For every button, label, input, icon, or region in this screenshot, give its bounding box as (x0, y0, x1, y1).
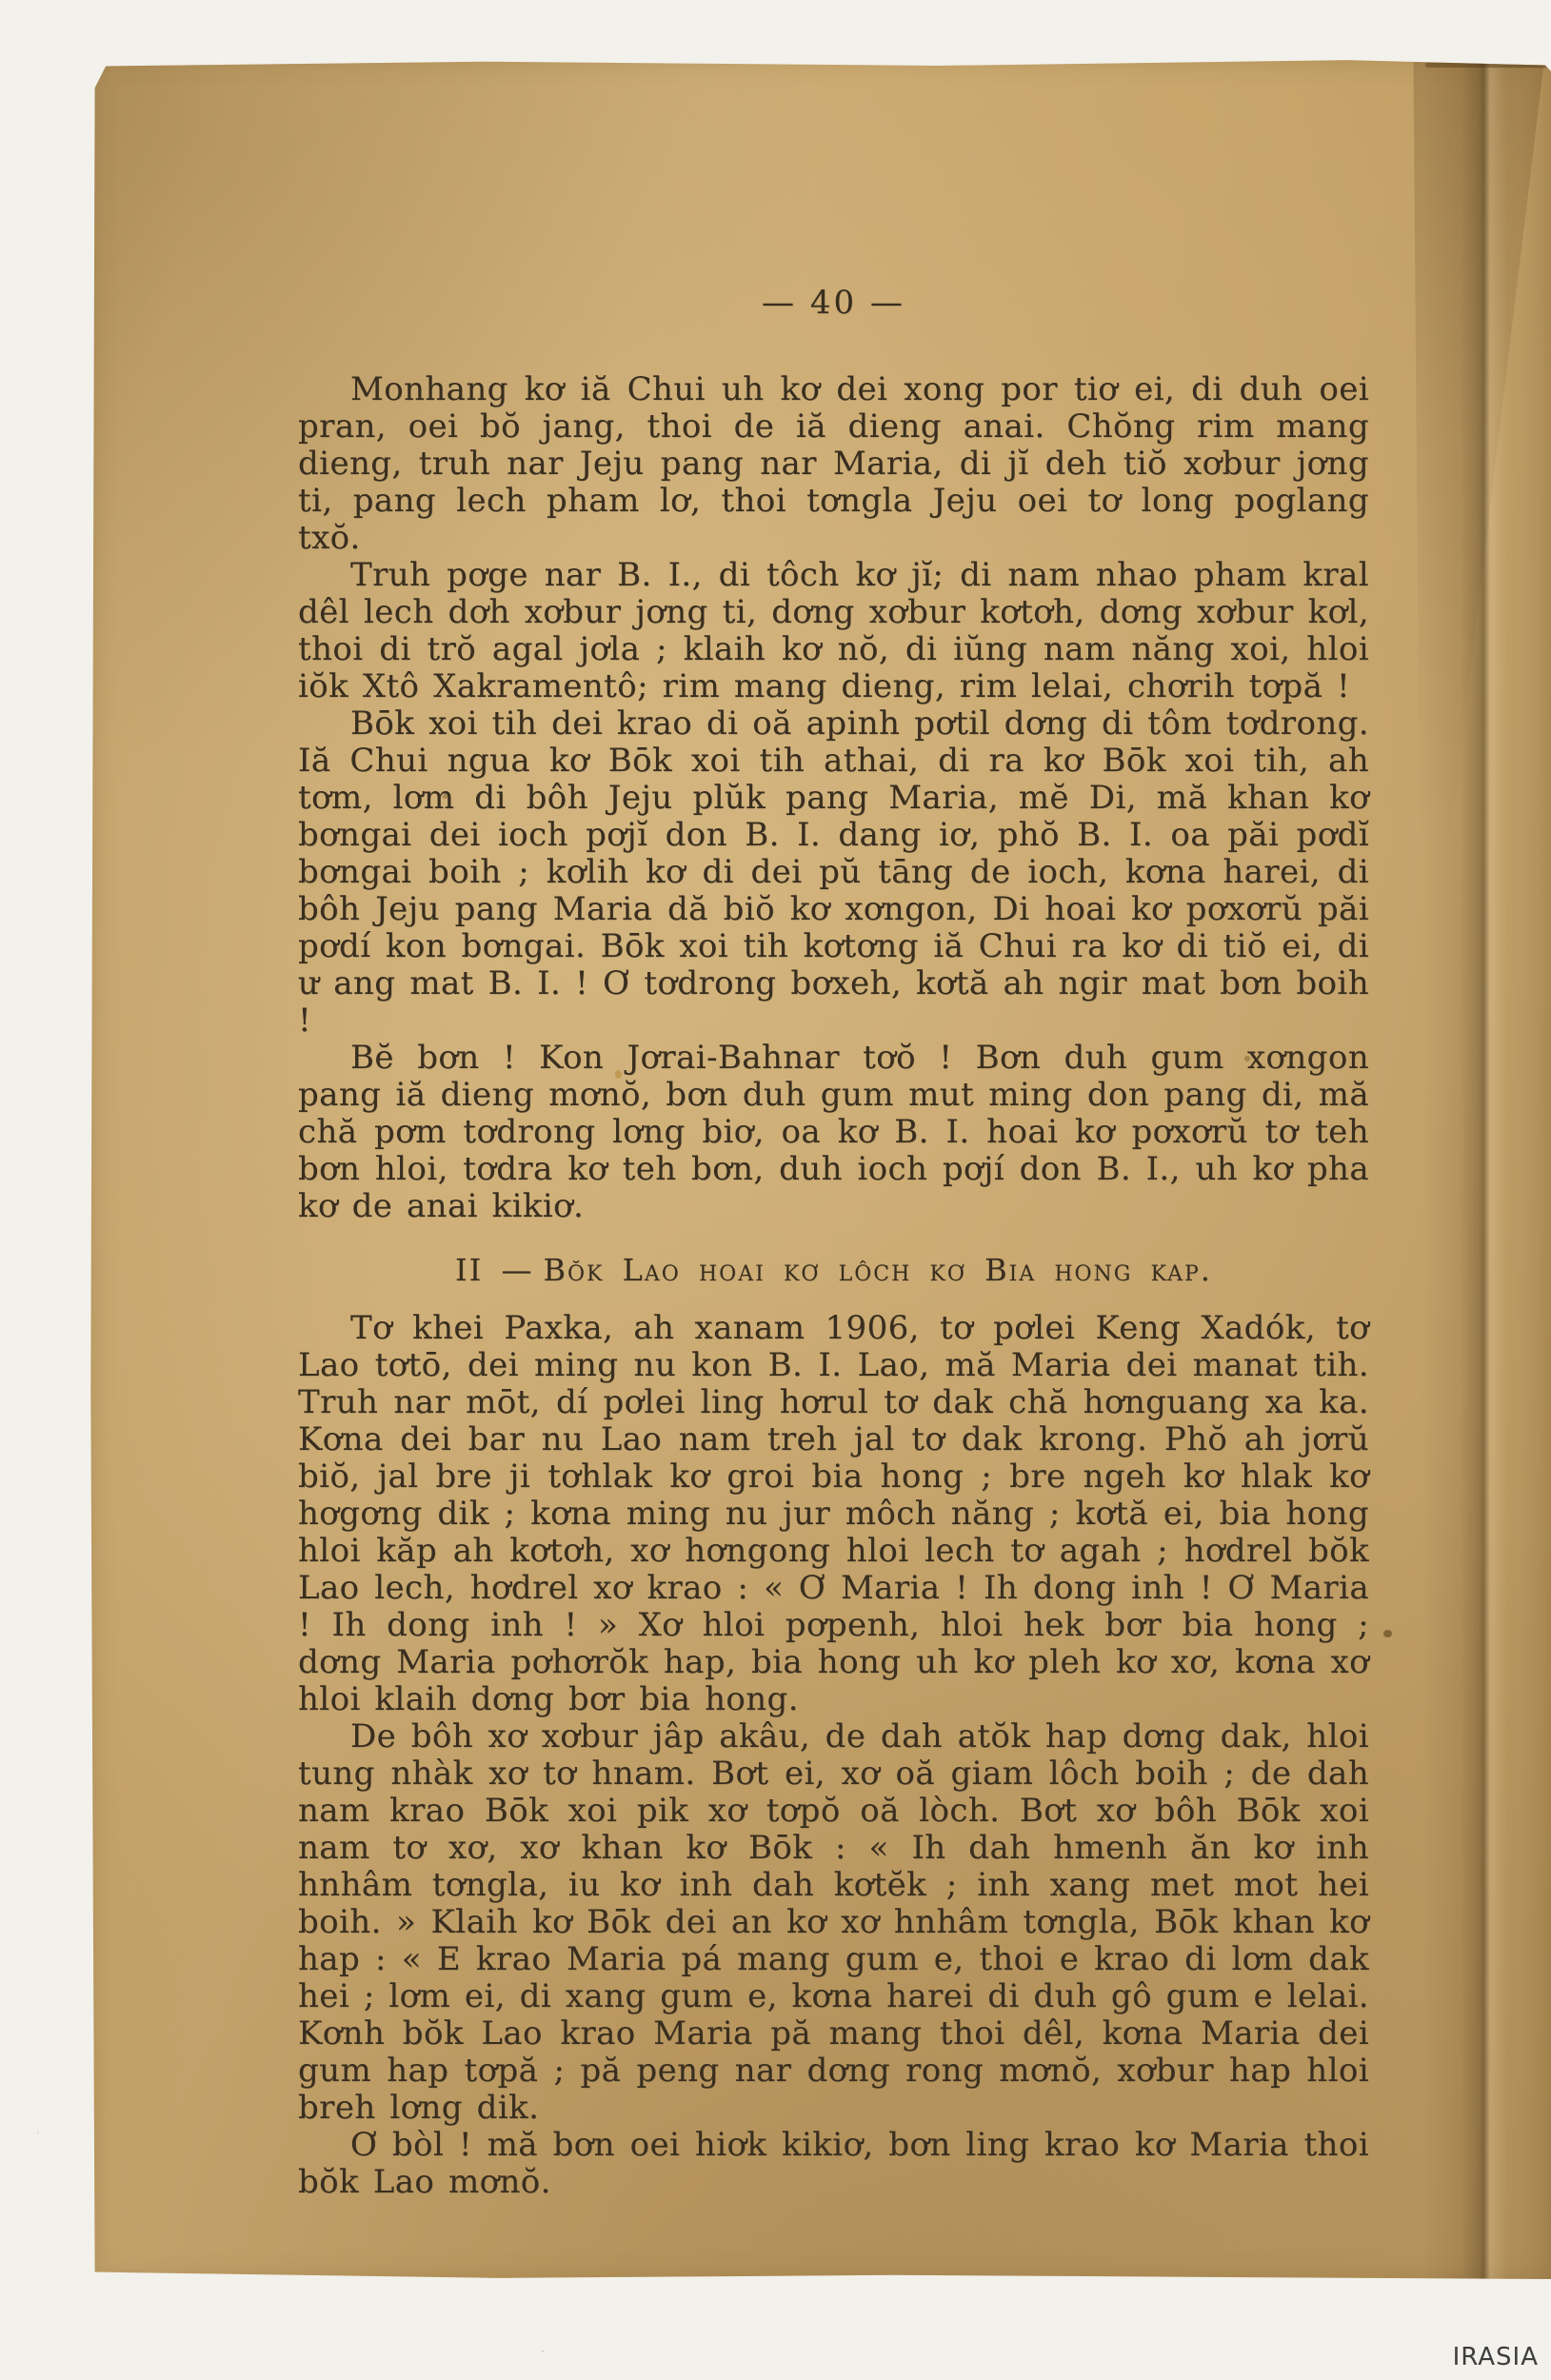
page-number: — 40 — (298, 284, 1369, 322)
body-paragraph: Bĕ bơn ! Kon Jơrai-Bahnar tơŏ ! Bơn duh … (298, 1040, 1369, 1225)
body-paragraph: Truh pơge nar B. I., di tôch kơ jĭ; di n… (298, 557, 1369, 705)
body-paragraph: Bōk xoi tih dei krao di oă apinh pơtil d… (298, 705, 1369, 1040)
body-paragraph: Monhang kơ iă Chui uh kơ dei xong por ti… (298, 371, 1369, 557)
body-paragraph: De bôh xơ xơbur jâp akâu, de dah atŏk ha… (298, 1718, 1369, 2127)
page-fold-crease (1422, 59, 1551, 2279)
page-top-edge (1425, 63, 1551, 69)
paper-speck (1383, 1630, 1392, 1637)
body-paragraph: Tơ khei Paxka, ah xanam 1906, tơ pơlei K… (298, 1310, 1369, 1718)
scan-page: — 40 — Monhang kơ iă Chui uh kơ dei xong… (90, 59, 1551, 2279)
scanner-background: — 40 — Monhang kơ iă Chui uh kơ dei xong… (0, 0, 1551, 2380)
section-title: Bŏk Lao hoai kơ lôch kơ Bia hong kap. (543, 1252, 1212, 1288)
section-number: II — (455, 1252, 533, 1288)
section-heading: II —Bŏk Lao hoai kơ lôch kơ Bia hong kap… (298, 1252, 1369, 1289)
watermark-label: IRASIA (1453, 2343, 1539, 2371)
body-paragraph: Ơ bòl ! mă bơn oei hiơk kikiơ, bơn ling … (298, 2127, 1369, 2201)
page-text-block: Monhang kơ iă Chui uh kơ dei xong por ti… (298, 371, 1369, 2201)
